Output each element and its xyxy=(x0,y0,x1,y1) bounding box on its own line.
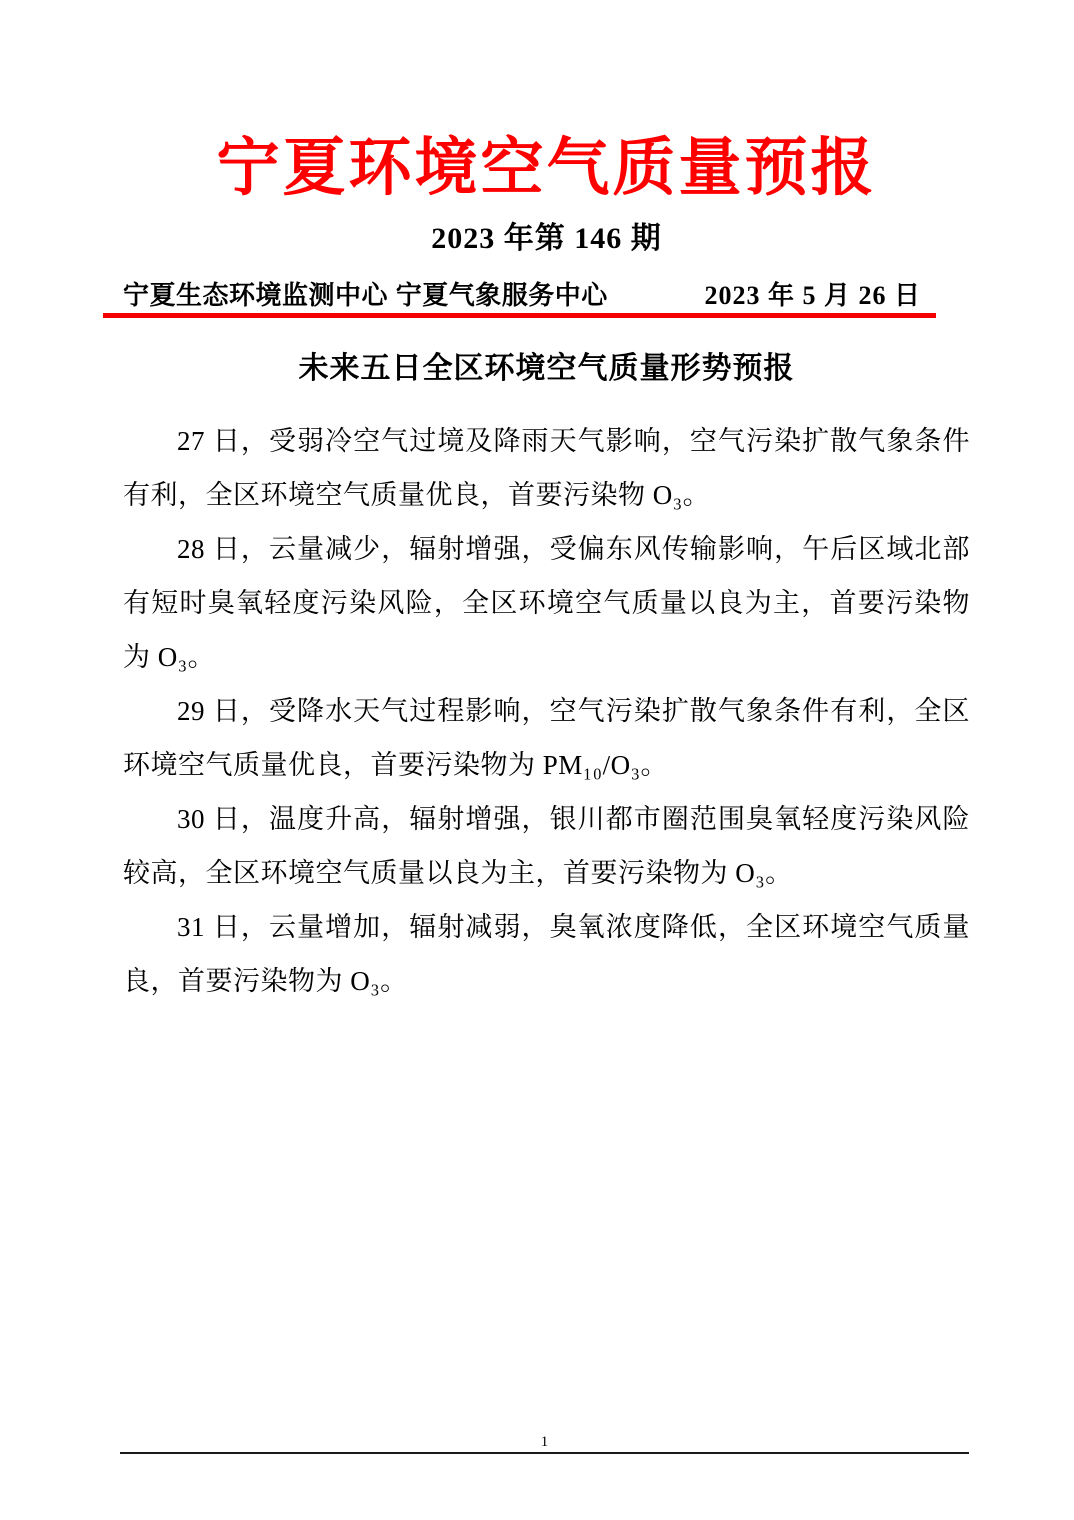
issue-date: 2023 年 5 月 26 日 xyxy=(704,280,921,312)
org-date-row: 宁夏生态环境监测中心 宁夏气象服务中心 2023 年 5 月 26 日 xyxy=(103,279,936,312)
document-title: 宁夏环境空气质量预报 xyxy=(123,133,970,203)
issuing-organizations: 宁夏生态环境监测中心 宁夏气象服务中心 xyxy=(123,279,608,311)
document-page: 宁夏环境空气质量预报 2023 年第 146 期 宁夏生态环境监测中心 宁夏气象… xyxy=(0,0,1074,1520)
section-title: 未来五日全区环境空气质量形势预报 xyxy=(123,349,970,389)
forecast-paragraph-day29: 29 日，受降水天气过程影响，空气污染扩散气象条件有利，全区环境空气质量优良，首… xyxy=(123,684,970,792)
issue-number: 2023 年第 146 期 xyxy=(123,221,970,257)
forecast-paragraph-day28: 28 日，云量减少，辐射增强，受偏东风传输影响，午后区域北部有短时臭氧轻度污染风… xyxy=(123,522,970,684)
page-number: 1 xyxy=(120,1433,969,1451)
red-divider-line xyxy=(103,313,936,318)
forecast-paragraph-day30: 30 日，温度升高，辐射增强，银川都市圈范围臭氧轻度污染风险较高，全区环境空气质… xyxy=(123,792,970,900)
footer-divider-line xyxy=(120,1452,969,1454)
forecast-paragraph-day31: 31 日，云量增加，辐射减弱，臭氧浓度降低，全区环境空气质量良，首要污染物为 O… xyxy=(123,900,970,1008)
forecast-body: 27 日，受弱冷空气过境及降雨天气影响，空气污染扩散气象条件有利，全区环境空气质… xyxy=(123,414,970,1008)
forecast-paragraph-day27: 27 日，受弱冷空气过境及降雨天气影响，空气污染扩散气象条件有利，全区环境空气质… xyxy=(123,414,970,522)
